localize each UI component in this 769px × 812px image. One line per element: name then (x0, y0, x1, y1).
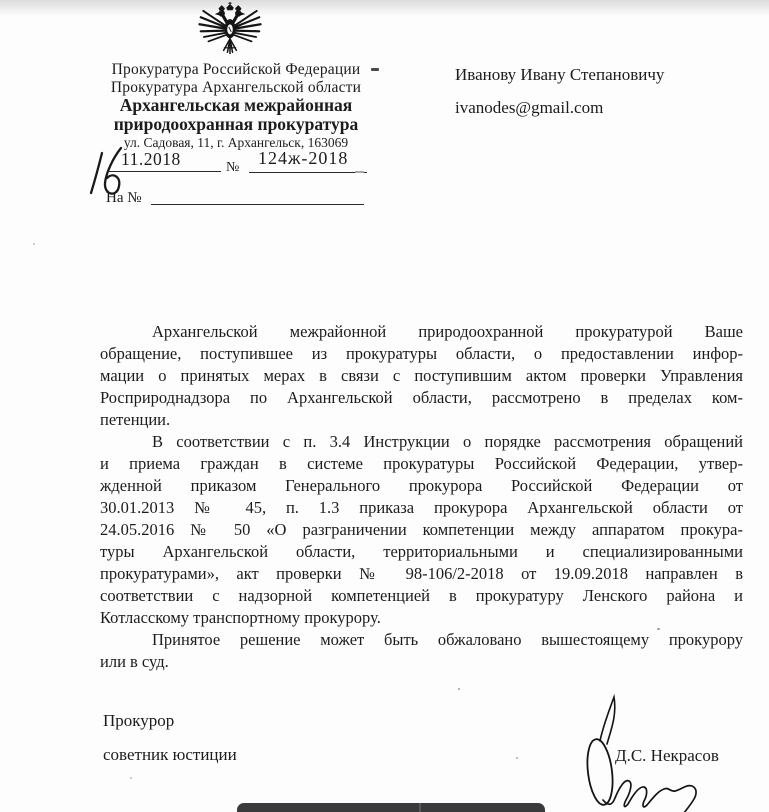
signer-position-line1: Прокурор (103, 711, 174, 731)
body-line: прокуратурами», акт проверки № 98-106/2-… (100, 563, 743, 585)
outgoing-number: 124ж-2018 (258, 148, 348, 169)
body-line: Архангельской межрайонной природоохранно… (100, 321, 743, 343)
body-line: жденной приказом Генерального прокурора … (100, 475, 743, 497)
scan-speck (130, 777, 132, 779)
double-headed-eagle-emblem-icon (197, 2, 263, 58)
body-line: Росприроднадзора по Архангельской област… (100, 387, 743, 409)
incoming-ref-label: На № (106, 190, 142, 207)
body-line: соответствии с надзорной компетенцией в … (100, 585, 743, 607)
scan-top-edge-shadow (0, 0, 769, 16)
date-underline (108, 171, 221, 172)
scan-speck (371, 68, 379, 71)
org-line1: Прокуратура Российской Федерации (103, 61, 369, 79)
toolbar-segment-right[interactable] (421, 803, 545, 812)
incoming-ref-underline (151, 204, 364, 205)
recipient-email: ivanodes@gmail.com (455, 99, 664, 117)
org-line2: Прокуратура Архангельской области (103, 79, 369, 97)
org-name-line1: Архангельская межрайонная (103, 96, 369, 115)
handwritten-signature (580, 660, 715, 812)
body-line: обращение, поступившее из прокуратуры об… (100, 343, 743, 365)
body-line: и приема граждан в системе прокуратуры Р… (100, 453, 743, 475)
org-name-line2: природоохранная прокуратура (103, 115, 369, 134)
body-line: 30.01.2013 № 45, п. 1.3 приказа прокурор… (100, 497, 743, 519)
recipient-name: Иванову Ивану Степановичу (455, 66, 664, 84)
body-line: Котласскому транспортному прокурору. (100, 607, 743, 629)
signer-name: Д.С. Некрасов (615, 746, 719, 766)
outgoing-date: 11.2018 (121, 149, 181, 170)
number-sign-label: № (226, 160, 239, 176)
scan-speck (33, 243, 35, 245)
body-line: В соответствии с п. 3.4 Инструкции о пор… (100, 431, 743, 453)
number-underline (249, 172, 367, 173)
recipient-block: Иванову Ивану Степановичу ivanodes@gmail… (455, 66, 664, 117)
signer-position-line2: советник юстиции (103, 745, 237, 765)
letterhead: Прокуратура Российской Федерации Прокура… (103, 61, 369, 151)
body-line: туры Архангельской области, территориаль… (100, 541, 743, 563)
scan-speck (458, 688, 460, 690)
scan-speck (355, 171, 364, 173)
scanned-letter-page: Прокуратура Российской Федерации Прокура… (0, 0, 769, 812)
scan-speck (657, 628, 660, 630)
body-line: 24.05.2016 № 50 «О разграничении компете… (100, 519, 743, 541)
toolbar-segment-left[interactable] (237, 803, 419, 812)
pdf-viewer-toolbar[interactable] (237, 803, 545, 812)
scan-speck (516, 757, 518, 759)
body-line: мации о принятых мерах в связи с поступи… (100, 365, 743, 387)
letter-body: Архангельской межрайонной природоохранно… (100, 321, 743, 673)
body-line: Принятое решение может быть обжаловано в… (100, 629, 743, 651)
body-line: петенции. (100, 409, 743, 431)
